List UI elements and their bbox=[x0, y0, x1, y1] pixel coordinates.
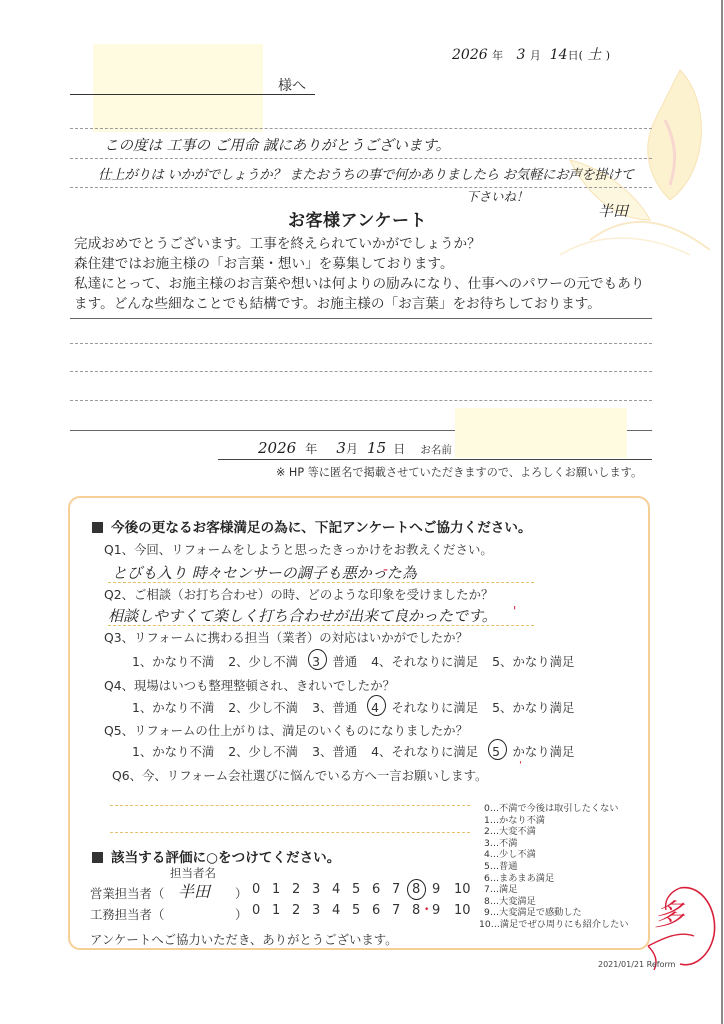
q6-answer-line-2 bbox=[110, 832, 470, 833]
sales-score-3[interactable]: 3 bbox=[312, 882, 320, 897]
letter-date-weekday: 土 bbox=[587, 47, 601, 63]
sales-staff-close-paren: ） bbox=[235, 884, 247, 902]
response-year: 2026 bbox=[258, 439, 296, 457]
comment-line-1 bbox=[70, 343, 652, 344]
form-version-code: 2021/01/21 Reform bbox=[598, 960, 675, 969]
q4-option-4-selected[interactable]: 4、それなりに満足 bbox=[371, 698, 478, 716]
q3-option-5[interactable]: 5、かなり満足 bbox=[492, 652, 574, 670]
letter-line-3 bbox=[70, 187, 652, 188]
name-label: お名前 bbox=[420, 444, 452, 456]
red-dot-mark: • bbox=[424, 905, 429, 915]
q3-option-3-selected[interactable]: 3、普通 bbox=[312, 652, 357, 670]
intro-line-2: 森住建ではお施主様の「お言葉・想い」を募集しております。 bbox=[74, 254, 644, 274]
letter-message-line-3: 下さいね！ bbox=[466, 187, 529, 205]
q4-label: Q4、現場はいつも整理整頓され、きれいでしたか？ bbox=[104, 676, 395, 694]
legend-item-2: 2…大変不満 bbox=[484, 826, 629, 838]
construction-score-2[interactable]: 2 bbox=[292, 903, 300, 918]
q5-option-1[interactable]: 1、かなり不満 bbox=[132, 742, 214, 760]
selected-circle-icon bbox=[407, 879, 426, 900]
recipient-suffix: 様へ bbox=[278, 75, 306, 95]
sales-staff-name[interactable]: 半田 bbox=[178, 879, 210, 902]
q1-answer: とびも入り 時々センサーの調子も悪かった為 bbox=[112, 562, 417, 583]
legend-item-4: 4…少し不満 bbox=[484, 849, 629, 861]
q5-option-3[interactable]: 3、普通 bbox=[312, 742, 357, 760]
q3-option-1[interactable]: 1、かなり不満 bbox=[132, 652, 214, 670]
construction-score-4[interactable]: 4 bbox=[332, 903, 340, 918]
construction-score-10[interactable]: 10 bbox=[454, 903, 471, 918]
sales-staff-label: 営業担当者（ bbox=[90, 884, 164, 902]
legend-item-5: 5…普通 bbox=[484, 861, 629, 873]
day-unit: 日 bbox=[568, 49, 579, 62]
q6-answer-line-1 bbox=[110, 805, 470, 806]
q5-option-5-selected[interactable]: 5、かなり満足 bbox=[492, 742, 574, 760]
legend-item-9: 9…大変満足で感動した bbox=[484, 907, 629, 919]
anonymity-notice: ※ HP 等に匿名で掲載させていただきますので、よろしくお願いします。 bbox=[276, 464, 642, 480]
legend-item-7: 7…満足 bbox=[484, 884, 629, 896]
square-bullet-icon bbox=[92, 852, 103, 863]
questionnaire-heading: 今後の更なるお客様満足の為に、下記アンケートへご協力ください。 bbox=[92, 516, 532, 536]
construction-score-9[interactable]: 9 bbox=[432, 903, 440, 918]
construction-staff-label: 工務担当者（ bbox=[90, 905, 164, 923]
name-line bbox=[218, 459, 652, 460]
q4-option-5[interactable]: 5、かなり満足 bbox=[492, 698, 574, 716]
construction-staff-scale: 0 1 2 3 4 5 6 7 8 • 9 10 bbox=[252, 903, 482, 921]
construction-score-7[interactable]: 7 bbox=[392, 903, 400, 918]
letter-message-line-1: この度は 工事の ご用命 誠にありがとうございます。 bbox=[104, 134, 450, 155]
letter-signature: 半田 bbox=[598, 200, 628, 221]
selected-circle-icon bbox=[367, 695, 386, 716]
comment-line-3 bbox=[70, 400, 652, 401]
q2-answer: 相談しやすくて楽しく打ち合わせが出来て良かったです。 bbox=[108, 605, 497, 626]
construction-score-5[interactable]: 5 bbox=[352, 903, 360, 918]
evaluation-heading: 該当する評価に○をつけてください。 bbox=[92, 846, 340, 866]
rating-legend: 0…不満で今後は取引したくない 1…かなり不満 2…大変不満 3…不満 4…少し… bbox=[484, 803, 629, 931]
red-tick-mark: - bbox=[383, 562, 388, 578]
response-day-unit: 日 bbox=[393, 442, 405, 456]
q1-label: Q1、今回、リフォームをしようと思ったきっかけをお教えください。 bbox=[104, 540, 493, 558]
q3-options: 1、かなり不満 2、少し不満 3、普通 4、それなりに満足 5、かなり満足 bbox=[132, 652, 588, 670]
sales-score-6[interactable]: 6 bbox=[372, 882, 380, 897]
red-tick-mark: ' bbox=[519, 760, 522, 771]
response-date: 2026 年 3月 15 日 お名前 bbox=[258, 438, 452, 457]
respondent-name-redacted bbox=[455, 408, 627, 458]
q5-option-4[interactable]: 4、それなりに満足 bbox=[371, 742, 478, 760]
sales-staff-scale: 0 1 2 3 4 5 6 7 8 9 10 bbox=[252, 882, 482, 900]
intro-line-1: 完成おめでとうございます。工事を終えられていかがでしょうか？ bbox=[74, 234, 644, 254]
q5-option-2[interactable]: 2、少し不満 bbox=[228, 742, 298, 760]
legend-item-0: 0…不満で今後は取引したくない bbox=[484, 803, 629, 815]
sales-score-2[interactable]: 2 bbox=[292, 882, 300, 897]
scan-edge bbox=[721, 0, 723, 1024]
butterfly-watermark-icon bbox=[560, 60, 720, 260]
response-day: 15 bbox=[367, 439, 386, 457]
q6-label: Q6、今、リフォーム会社選びに悩んでいる方へ一言お願いします。 bbox=[112, 766, 487, 784]
legend-item-8: 8…大変満足 bbox=[484, 896, 629, 908]
intro-line-4: ます。どんな些細なことでも結構です。お施主様の「お言葉」をお待ちしております。 bbox=[74, 294, 644, 314]
survey-title: お客様アンケート bbox=[288, 206, 427, 231]
sales-score-4[interactable]: 4 bbox=[332, 882, 340, 897]
recipient-name-redacted bbox=[93, 44, 263, 132]
letter-date: 2026 年 3 月 14日( 土 ) bbox=[452, 44, 610, 64]
response-year-unit: 年 bbox=[305, 442, 317, 456]
q4-option-3[interactable]: 3、普通 bbox=[312, 698, 357, 716]
thanks-message: アンケートへご協力いただき、ありがとうございます。 bbox=[90, 930, 398, 948]
construction-score-0[interactable]: 0 bbox=[252, 903, 260, 918]
construction-score-8[interactable]: 8 bbox=[412, 903, 420, 918]
construction-score-3[interactable]: 3 bbox=[312, 903, 320, 918]
q4-option-2[interactable]: 2、少し不満 bbox=[228, 698, 298, 716]
construction-score-6[interactable]: 6 bbox=[372, 903, 380, 918]
q3-option-2[interactable]: 2、少し不満 bbox=[228, 652, 298, 670]
survey-intro: 完成おめでとうございます。工事を終えられていかがでしょうか？ 森住建ではお施主様… bbox=[74, 234, 644, 314]
letter-date-month: 3 bbox=[516, 47, 525, 63]
legend-item-1: 1…かなり不満 bbox=[484, 815, 629, 827]
q3-option-4[interactable]: 4、それなりに満足 bbox=[371, 652, 478, 670]
evaluation-heading-text: 該当する評価に○をつけてください。 bbox=[111, 850, 340, 866]
comment-line-top bbox=[70, 318, 652, 319]
q2-answer-line bbox=[108, 625, 534, 626]
letter-message-line-2: 仕上がりは いかがでしょうか？ またおうちの事で何かありましたら お気軽にお声を… bbox=[98, 163, 634, 183]
q2-label: Q2、ご相談（お打ち合わせ）の時、どのような印象を受けましたか？ bbox=[104, 585, 493, 603]
comment-line-2 bbox=[70, 371, 652, 372]
year-unit: 年 bbox=[492, 49, 503, 62]
response-month-unit: 月 bbox=[346, 442, 358, 456]
square-bullet-icon bbox=[92, 522, 103, 533]
q5-label: Q5、リフォームの仕上がりは、満足のいくものになりましたか？ bbox=[104, 721, 468, 739]
month-unit: 月 bbox=[530, 49, 541, 62]
q4-options: 1、かなり不満 2、少し不満 3、普通 4、それなりに満足 5、かなり満足 bbox=[132, 698, 588, 716]
sales-score-9[interactable]: 9 bbox=[432, 882, 440, 897]
red-stamp-text: 多 bbox=[654, 890, 684, 934]
intro-line-3: 私達にとって、お施主様のお言葉や想いは何よりの励みになり、仕事へのパワーの元でも… bbox=[74, 274, 644, 294]
construction-score-1[interactable]: 1 bbox=[272, 903, 280, 918]
q4-option-1[interactable]: 1、かなり不満 bbox=[132, 698, 214, 716]
sales-score-7[interactable]: 7 bbox=[392, 882, 400, 897]
sales-score-10[interactable]: 10 bbox=[454, 882, 471, 897]
q1-answer-line bbox=[108, 582, 534, 583]
letter-line-1 bbox=[70, 128, 652, 129]
red-tick-mark: ' bbox=[513, 604, 516, 618]
letter-line-2 bbox=[70, 158, 652, 159]
selected-circle-icon bbox=[308, 649, 327, 670]
legend-item-3: 3…不満 bbox=[484, 838, 629, 850]
sales-score-1[interactable]: 1 bbox=[272, 882, 280, 897]
letter-date-day: 14 bbox=[550, 47, 568, 63]
legend-item-10: 10…満足でぜひ周りにも紹介したい bbox=[479, 919, 629, 931]
construction-staff-close-paren: ） bbox=[235, 905, 247, 923]
selected-circle-icon bbox=[488, 739, 507, 760]
sales-score-5[interactable]: 5 bbox=[352, 882, 360, 897]
questionnaire-heading-text: 今後の更なるお客様満足の為に、下記アンケートへご協力ください。 bbox=[111, 520, 532, 536]
legend-item-6: 6…まあまあ満足 bbox=[484, 873, 629, 885]
response-month: 3 bbox=[336, 439, 346, 457]
q3-label: Q3、リフォームに携わる担当（業者）の対応はいかがでしたか？ bbox=[104, 628, 468, 646]
q5-options: 1、かなり不満 2、少し不満 3、普通 4、それなりに満足 5、かなり満足 bbox=[132, 742, 588, 760]
sales-score-0[interactable]: 0 bbox=[252, 882, 260, 897]
letter-date-year: 2026 bbox=[452, 47, 488, 63]
